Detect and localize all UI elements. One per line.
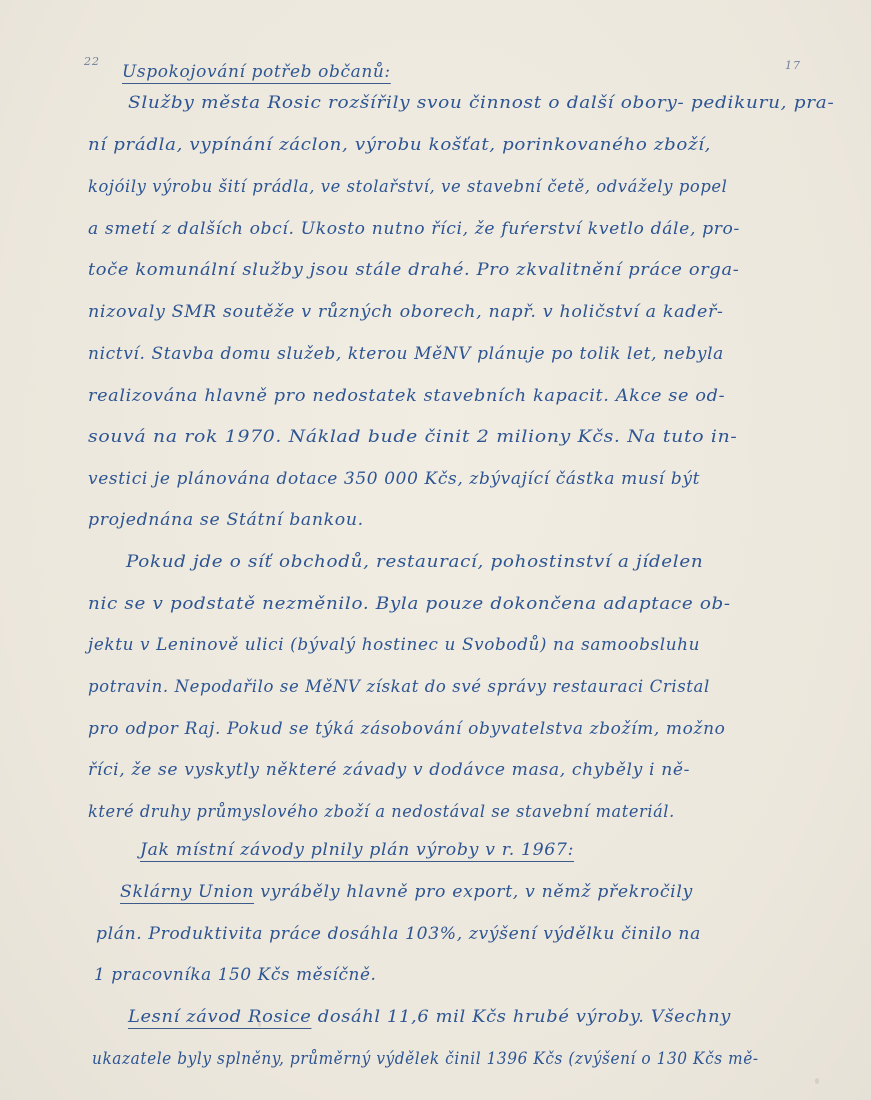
heading-text: Jak místní závody plnily plán výroby v r… <box>140 840 574 859</box>
text-line: jektu v Leninově ulici (bývalý hostinec … <box>88 635 700 654</box>
text-line: a smetí z dalších obcí. Ukosto nutno říc… <box>88 219 740 238</box>
forestry-paragraph-start: Lesní závod Rosice dosáhl 11,6 mil Kčs h… <box>128 1007 731 1026</box>
text-line: vyráběly hlavně pro export, v němž překr… <box>260 882 693 901</box>
text-line: dosáhl 11,6 mil Kčs hrubé výroby. Všechn… <box>318 1007 731 1026</box>
text-line: vestici je plánována dotace 350 000 Kčs,… <box>88 469 700 488</box>
document-page: 22 17 Uspokojování potřeb občanů: Služby… <box>0 0 871 1100</box>
text-line: říci, že se vyskytly některé závady v do… <box>88 760 690 779</box>
page-number-right: 17 <box>785 59 801 72</box>
text-line: Pokud jde o síť obchodů, restaurací, poh… <box>126 552 703 571</box>
text-line: projednána se Státní bankou. <box>88 510 364 529</box>
text-line: plán. Produktivita práce dosáhla 103%, z… <box>96 924 701 943</box>
text-line: Služby města Rosic rozšířily svou činnos… <box>128 93 834 112</box>
glassworks-name: Sklárny Union <box>120 882 254 901</box>
text-line: nizovaly SMR soutěže v různých oborech, … <box>88 302 724 321</box>
text-line: ukazatele byly splněny, průměrný výdělek… <box>92 1049 759 1068</box>
text-line: nictví. Stavba domu služeb, kterou MěNV … <box>88 344 724 363</box>
text-line: realizována hlavně pro nedostatek staveb… <box>88 386 725 405</box>
paper-spot <box>815 1078 819 1084</box>
section-heading-factories: Jak místní závody plnily plán výroby v r… <box>140 840 574 859</box>
text-line: toče komunální služby jsou stále drahé. … <box>88 260 739 279</box>
text-line: ní prádla, vypínání záclon, výrobu košťa… <box>88 135 711 154</box>
section-heading-needs: Uspokojování potřeb občanů: <box>122 62 391 82</box>
text-line: souvá na rok 1970. Náklad bude činit 2 m… <box>88 427 737 446</box>
glassworks-paragraph-start: Sklárny Union vyráběly hlavně pro export… <box>120 882 693 901</box>
heading-text: Uspokojování potřeb občanů: <box>122 62 391 82</box>
paper-spot <box>258 1022 261 1027</box>
text-line: pro odpor Raj. Pokud se týká zásobování … <box>88 719 725 738</box>
text-line: nic se v podstatě nezměnilo. Byla pouze … <box>88 594 731 613</box>
text-line: kojóily výrobu šití prádla, ve stolařstv… <box>88 177 727 196</box>
text-line: které druhy průmyslového zboží a nedostá… <box>88 802 675 821</box>
text-line: 1 pracovníka 150 Kčs měsíčně. <box>94 965 377 984</box>
page-number-left: 22 <box>84 55 100 68</box>
text-line: potravin. Nepodařilo se MěNV získat do s… <box>88 677 710 696</box>
forestry-name: Lesní závod Rosice <box>128 1007 311 1026</box>
